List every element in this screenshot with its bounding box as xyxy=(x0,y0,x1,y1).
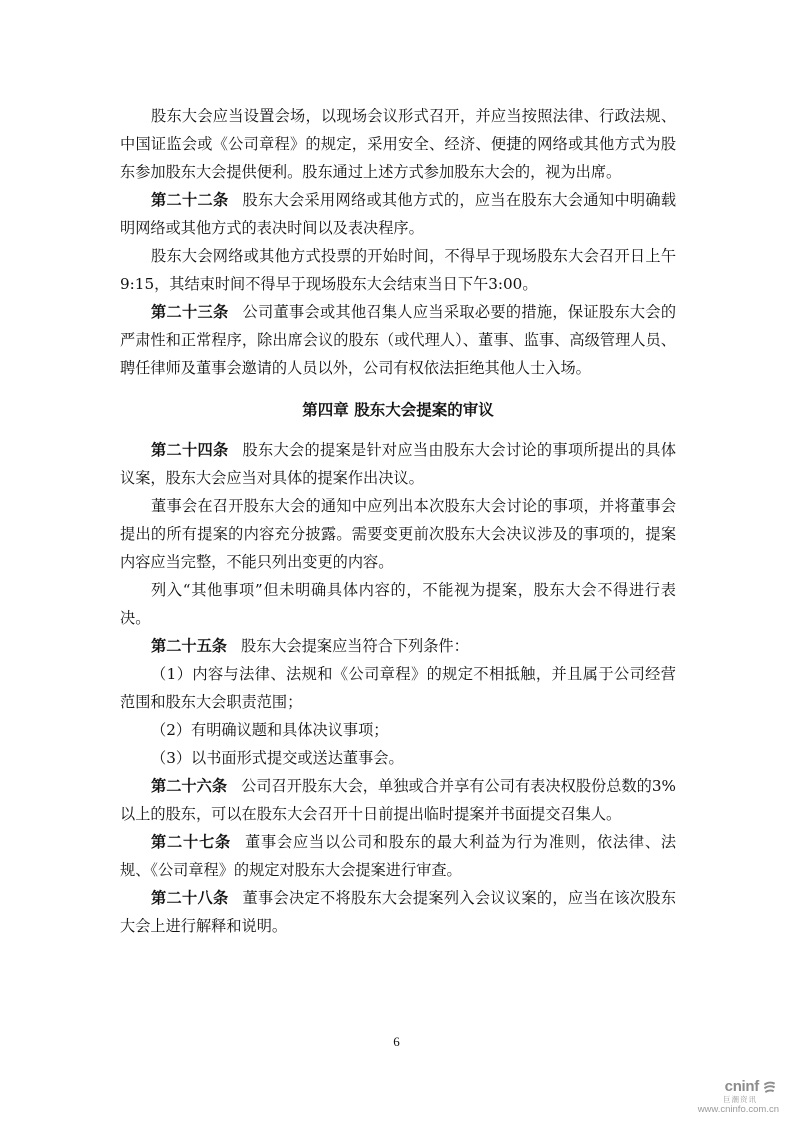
article-23: 第二十三条公司董事会或其他召集人应当采取必要的措施，保证股东大会的严肃性和正常程… xyxy=(120,298,676,382)
cninfo-watermark: cninf 巨潮资讯 www.cninfo.com.cn xyxy=(669,1078,779,1115)
watermark-url: www.cninfo.com.cn xyxy=(669,1104,779,1115)
paragraph: 董事会在召开股东大会的通知中应列出本次股东大会讨论的事项，并将董事会提出的所有提… xyxy=(120,492,676,576)
chapter-title: 第四章 股东大会提案的审议 xyxy=(120,396,676,424)
list-item: （3）以书面形式提交或送达董事会。 xyxy=(120,744,676,772)
cninfo-logo-icon xyxy=(762,1080,777,1093)
page-number: 6 xyxy=(0,1034,793,1050)
article-text: 股东大会提案应当符合下列条件： xyxy=(241,637,469,655)
article-number: 第二十六条 xyxy=(151,777,227,795)
article-number: 第二十七条 xyxy=(151,833,231,851)
list-item: （1）内容与法律、法规和《公司章程》的规定不相抵触，并且属于公司经营范围和股东大… xyxy=(120,660,676,716)
watermark-brand: cninf xyxy=(725,1078,759,1095)
article-24: 第二十四条股东大会的提案是针对应当由股东大会讨论的事项所提出的具体议案，股东大会… xyxy=(120,436,676,492)
list-item: （2）有明确议题和具体决议事项； xyxy=(120,716,676,744)
article-number: 第二十二条 xyxy=(151,191,228,209)
article-number: 第二十八条 xyxy=(151,889,228,907)
paragraph: 股东大会网络或其他方式投票的开始时间，不得早于现场股东大会召开日上午9:15，其… xyxy=(120,242,676,298)
article-28: 第二十八条董事会决定不将股东大会提案列入会议议案的，应当在该次股东大会上进行解释… xyxy=(120,884,676,940)
paragraph: 列入“其他事项”但未明确具体内容的，不能视为提案，股东大会不得进行表决。 xyxy=(120,576,676,632)
document-body: 股东大会应当设置会场，以现场会议形式召开，并应当按照法律、行政法规、中国证监会或… xyxy=(120,102,676,940)
article-27: 第二十七条董事会应当以公司和股东的最大利益为行为准则，依法律、法规、《公司章程》… xyxy=(120,828,676,884)
paragraph: 股东大会应当设置会场，以现场会议形式召开，并应当按照法律、行政法规、中国证监会或… xyxy=(120,102,676,186)
article-number: 第二十五条 xyxy=(151,637,227,655)
watermark-brand-cn: 巨潮资讯 xyxy=(669,1095,779,1104)
article-22: 第二十二条股东大会采用网络或其他方式的，应当在股东大会通知中明确载明网络或其他方… xyxy=(120,186,676,242)
article-26: 第二十六条公司召开股东大会，单独或合并享有公司有表决权股份总数的3%以上的股东，… xyxy=(120,772,676,828)
article-number: 第二十四条 xyxy=(151,441,228,459)
article-number: 第二十三条 xyxy=(151,303,228,321)
article-25: 第二十五条股东大会提案应当符合下列条件： xyxy=(120,632,676,660)
